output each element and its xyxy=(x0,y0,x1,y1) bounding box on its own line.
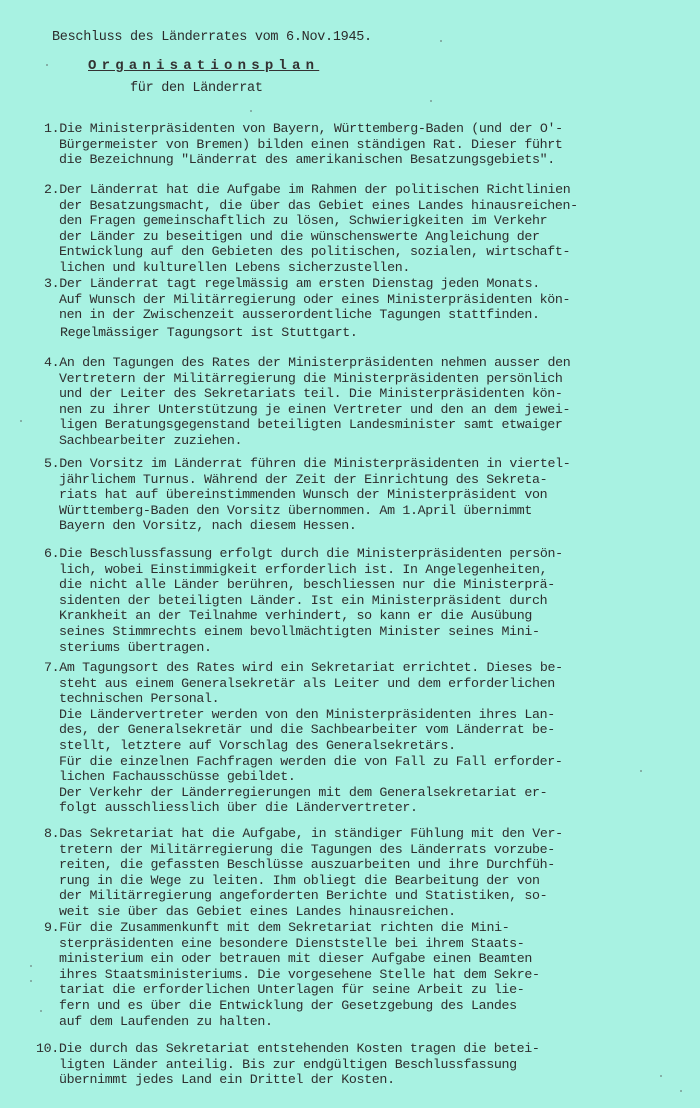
paragraph-line: fern und es über die Entwicklung der Ges… xyxy=(44,998,684,1014)
paragraph-number: 10. xyxy=(36,1041,59,1057)
paragraph-line: tariat die erforderlichen Unterlagen für… xyxy=(44,982,684,998)
paper-speck xyxy=(640,770,642,772)
paragraph-line: lichen Fachausschüsse gebildet. xyxy=(44,769,684,785)
paragraph-line: Krankheit an der Teilnahme verhindert, s… xyxy=(44,608,684,624)
paragraph-line: steriums übertragen. xyxy=(44,640,684,656)
paragraph-line: 9.Für die Zusammenkunft mit dem Sekretar… xyxy=(44,920,684,936)
document-page: Beschluss des Länderrates vom 6.Nov.1945… xyxy=(0,0,700,1108)
paragraph-line: 1.Die Ministerpräsidenten von Bayern, Wü… xyxy=(44,121,684,137)
paragraph-8: 8.Das Sekretariat hat die Aufgabe, in st… xyxy=(44,826,684,920)
paper-speck xyxy=(20,420,22,422)
paragraph-7: 7.Am Tagungsort des Rates wird ein Sekre… xyxy=(44,660,684,816)
paragraph-line: Bürgermeister von Bremen) bilden einen s… xyxy=(44,137,684,153)
paragraph-line: folgt ausschliesslich über die Länderver… xyxy=(44,800,684,816)
paragraph-number: 2. xyxy=(44,182,59,198)
paragraph-line: seines Stimmrechts einem bevollmächtigte… xyxy=(44,624,684,640)
paragraph-line: 7.Am Tagungsort des Rates wird ein Sekre… xyxy=(44,660,684,676)
document-header: Beschluss des Länderrates vom 6.Nov.1945… xyxy=(52,30,372,45)
paragraph-line: technischen Personal. xyxy=(44,691,684,707)
paragraph-line: nen zu ihrer Unterstützung je einen Vert… xyxy=(44,402,684,418)
paragraph-line: tretern der Militärregierung die Tagunge… xyxy=(44,842,684,858)
paragraph-line: 2.Der Länderrat hat die Aufgabe im Rahme… xyxy=(44,182,684,198)
paper-speck xyxy=(40,1010,42,1012)
paragraph-line: jährlichem Turnus. Während der Zeit der … xyxy=(44,472,684,488)
paragraph-line: Der Verkehr der Länderregierungen mit de… xyxy=(44,785,684,801)
document-title: Organisationsplan xyxy=(88,58,319,74)
paragraph-line: riats hat auf übereinstimmenden Wunsch d… xyxy=(44,487,684,503)
paragraph-line: Bayern den Vorsitz, nach diesem Hessen. xyxy=(44,518,684,534)
paper-speck xyxy=(46,64,48,66)
paragraph-line: die Bezeichnung "Länderrat des amerikani… xyxy=(44,152,684,168)
paragraph-line: ihres Staatsministeriums. Die vorgesehen… xyxy=(44,967,684,983)
paragraph-6: 6.Die Beschlussfassung erfolgt durch die… xyxy=(44,546,684,655)
paragraph-line: die nicht alle Länder berühren, beschlie… xyxy=(44,577,684,593)
paragraph-line: und der Leiter des Sekretariats teil. Di… xyxy=(44,386,684,402)
paragraph-line: 10.Die durch das Sekretariat entstehende… xyxy=(36,1041,676,1057)
paragraph-line: stellt, letztere auf Vorschlag des Gener… xyxy=(44,738,684,754)
paragraph-line: den Fragen gemeinschaftlich zu lösen, Sc… xyxy=(44,213,684,229)
paragraph-line: ministerium ein oder betrauen mit dieser… xyxy=(44,951,684,967)
paragraph-number: 5. xyxy=(44,456,59,472)
paragraph-line: 8.Das Sekretariat hat die Aufgabe, in st… xyxy=(44,826,684,842)
paper-speck xyxy=(660,1075,662,1077)
paragraph-number: 3. xyxy=(44,276,59,292)
paper-speck xyxy=(430,100,432,102)
paragraph-line: reiten, die gefassten Beschlüsse auszuar… xyxy=(44,857,684,873)
paper-speck xyxy=(680,1090,682,1092)
paragraph-number: 6. xyxy=(44,546,59,562)
paragraph-line: Sachbearbeiter zuziehen. xyxy=(44,433,684,449)
paragraph-line: ligen Beratungsgegenstand beteiligten La… xyxy=(44,417,684,433)
paragraph-line: auf dem Laufenden zu halten. xyxy=(44,1014,684,1030)
paper-speck xyxy=(30,965,32,967)
paragraph-number: 7. xyxy=(44,660,59,676)
paragraph-line: sidenten der beteiligten Länder. Ist ein… xyxy=(44,593,684,609)
paragraph-line: des, der Generalsekretär und die Sachbea… xyxy=(44,722,684,738)
paragraph-line: Die Ländervertreter werden von den Minis… xyxy=(44,707,684,723)
paragraph-number: 8. xyxy=(44,826,59,842)
paragraph-line: Württemberg-Baden den Vorsitz übernommen… xyxy=(44,503,684,519)
paper-speck xyxy=(250,110,252,112)
paragraph-line: lichen und kulturellen Lebens sicherzust… xyxy=(44,260,684,276)
paragraph-line: Entwicklung auf den Gebieten des politis… xyxy=(44,244,684,260)
paragraph-line: der Besatzungsmacht, die über das Gebiet… xyxy=(44,198,684,214)
paragraph-number: 1. xyxy=(44,121,59,137)
paragraph-line: 6.Die Beschlussfassung erfolgt durch die… xyxy=(44,546,684,562)
paragraph-line: Auf Wunsch der Militärregierung oder ein… xyxy=(44,292,684,308)
paragraph-1: 1.Die Ministerpräsidenten von Bayern, Wü… xyxy=(44,121,684,168)
paragraph-line: weit sie über das Gebiet eines Landes hi… xyxy=(44,904,684,920)
paragraph-number: 4. xyxy=(44,355,59,371)
paragraph-line: nen in der Zwischenzeit ausserordentlich… xyxy=(44,307,684,323)
paragraph-line: der Militärregierung angeforderten Beric… xyxy=(44,888,684,904)
paragraph-note: Regelmässiger Tagungsort ist Stuttgart. xyxy=(60,325,358,340)
paragraph-number: 9. xyxy=(44,920,59,936)
paragraph-9: 9.Für die Zusammenkunft mit dem Sekretar… xyxy=(44,920,684,1029)
paper-speck xyxy=(30,980,32,982)
paragraph-4: 4.An den Tagungen des Rates der Minister… xyxy=(44,355,684,449)
paragraph-line: Vertretern der Militärregierung die Mini… xyxy=(44,371,684,387)
paragraph-line: Für die einzelnen Fachfragen werden die … xyxy=(44,754,684,770)
paragraph-line: steht aus einem Generalsekretär als Leit… xyxy=(44,676,684,692)
paragraph-line: sterpräsidenten eine besondere Dienstste… xyxy=(44,936,684,952)
paragraph-line: ligten Länder anteilig. Bis zur endgülti… xyxy=(36,1057,676,1073)
paragraph-line: 5.Den Vorsitz im Länderrat führen die Mi… xyxy=(44,456,684,472)
paragraph-line: 3.Der Länderrat tagt regelmässig am erst… xyxy=(44,276,684,292)
paragraph-3: 3.Der Länderrat tagt regelmässig am erst… xyxy=(44,276,684,323)
paragraph-line: 4.An den Tagungen des Rates der Minister… xyxy=(44,355,684,371)
paragraph-5: 5.Den Vorsitz im Länderrat führen die Mi… xyxy=(44,456,684,534)
paragraph-10: 10.Die durch das Sekretariat entstehende… xyxy=(36,1041,676,1088)
paper-speck xyxy=(440,40,442,42)
document-subtitle: für den Länderrat xyxy=(130,81,263,96)
paragraph-line: der Länder zu beseitigen und die wünsche… xyxy=(44,229,684,245)
paragraph-line: rung in die Wege zu leiten. Ihm obliegt … xyxy=(44,873,684,889)
paragraph-line: übernimmt jedes Land ein Drittel der Kos… xyxy=(36,1072,676,1088)
paragraph-line: lich, wobei Einstimmigkeit erforderlich … xyxy=(44,562,684,578)
paragraph-2: 2.Der Länderrat hat die Aufgabe im Rahme… xyxy=(44,182,684,276)
